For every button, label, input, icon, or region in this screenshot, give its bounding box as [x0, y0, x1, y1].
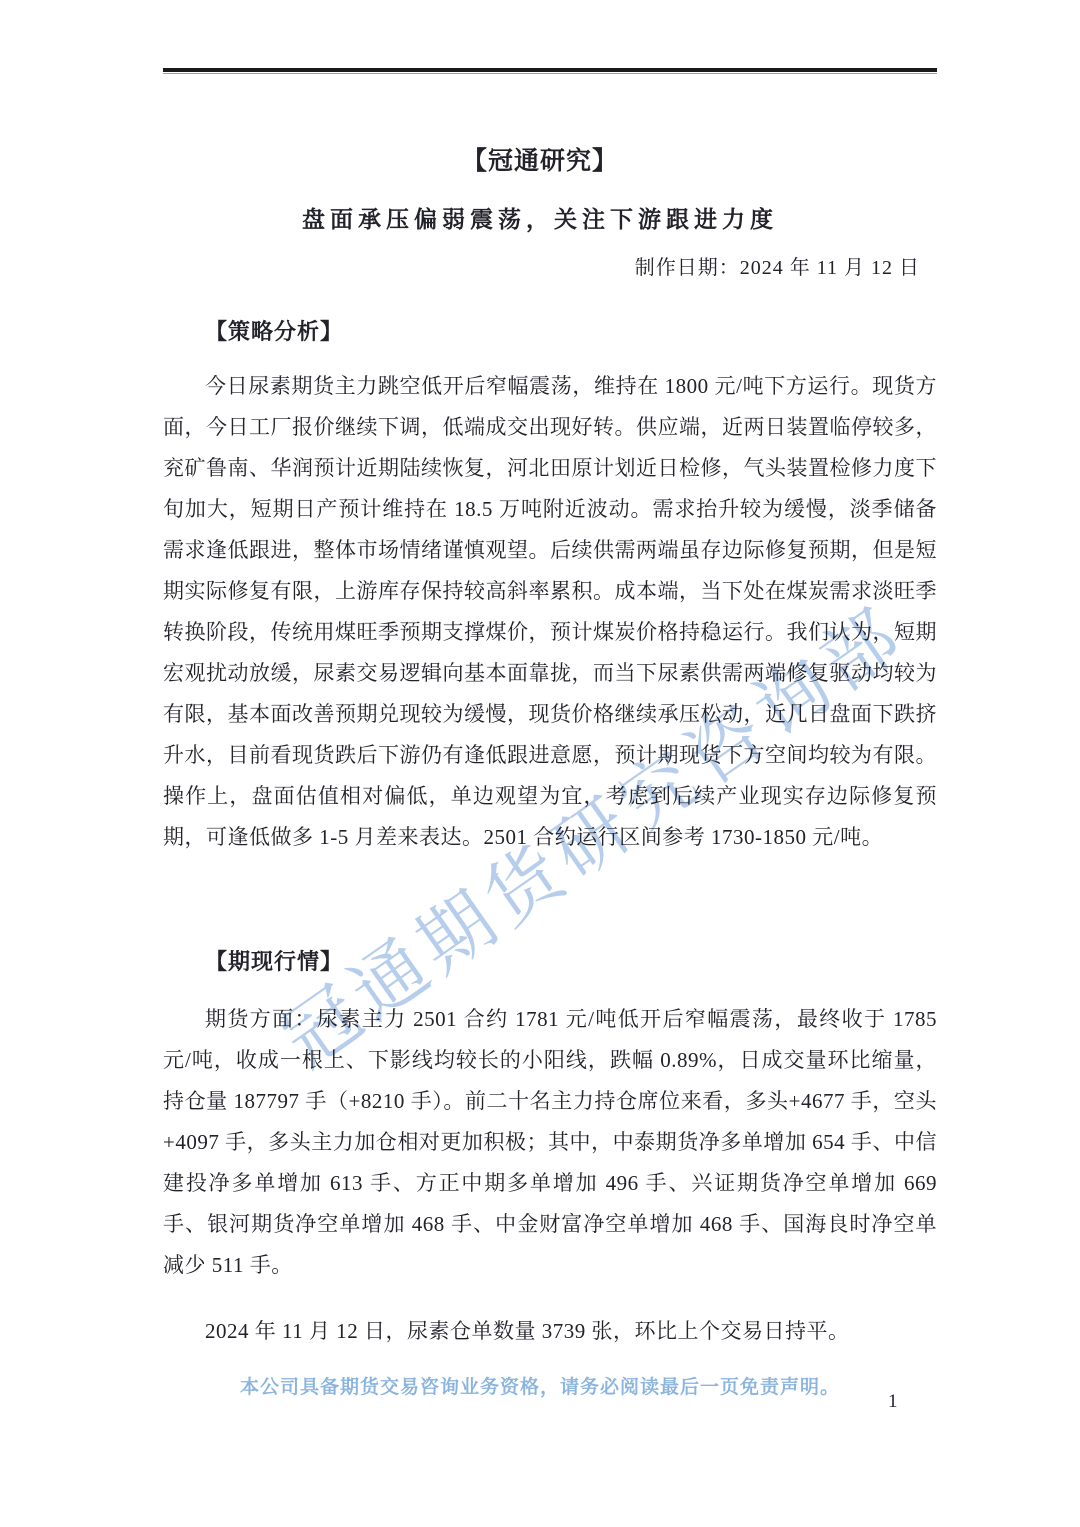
footer-disclaimer: 本公司具备期货交易咨询业务资格，请务必阅读最后一页免责声明。: [0, 1372, 1080, 1399]
strategy-analysis-paragraph: 今日尿素期货主力跳空低开后窄幅震荡，维持在 1800 元/吨下方运行。现货方面，…: [163, 366, 937, 858]
section-heading-futures-spot-market: 【期现行情】: [205, 945, 343, 976]
page-number: 1: [888, 1391, 898, 1413]
production-date: 制作日期：2024 年 11 月 12 日: [635, 251, 920, 280]
futures-market-paragraph: 期货方面：尿素主力 2501 合约 1781 元/吨低开后窄幅震荡，最终收于 1…: [163, 999, 937, 1286]
report-page: 冠通期货研究咨询部 【冠通研究】 盘面承压偏弱震荡，关注下游跟进力度 制作日期：…: [0, 0, 1080, 1527]
section-heading-strategy-analysis: 【策略分析】: [205, 315, 343, 346]
report-subtitle: 盘面承压偏弱震荡，关注下游跟进力度: [0, 201, 1080, 234]
header-rule: [163, 68, 937, 74]
report-title: 【冠通研究】: [0, 141, 1080, 177]
report-content: 【冠通研究】 盘面承压偏弱震荡，关注下游跟进力度 制作日期：2024 年 11 …: [0, 0, 1080, 1527]
warehouse-receipt-paragraph: 2024 年 11 月 12 日，尿素仓单数量 3739 张，环比上个交易日持平…: [163, 1311, 937, 1352]
